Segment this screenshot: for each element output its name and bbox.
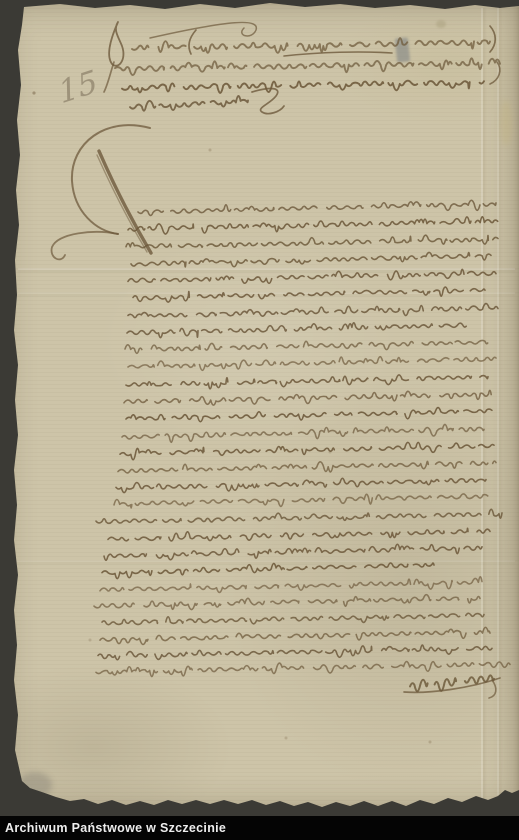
fold-crease-vertical — [497, 8, 499, 795]
edge-shading — [0, 0, 519, 812]
fold-crease-vertical — [481, 8, 483, 800]
paper-stain — [18, 772, 52, 798]
fold-crease-horizontal — [18, 292, 515, 294]
fold-crease-horizontal — [16, 560, 515, 562]
paper-stain — [436, 20, 446, 28]
watermark-bar: Archiwum Państwowe w Szczecinie — [0, 816, 519, 840]
ink-smudge — [395, 37, 410, 62]
paper-stain — [500, 100, 512, 146]
watermark-text: Archiwum Państwowe w Szczecinie — [0, 821, 226, 835]
fold-crease-horizontal — [18, 268, 515, 270]
scan-viewport: 15 Archiwum Państwowe w Szczecinie — [0, 0, 519, 840]
manuscript-page — [0, 0, 519, 812]
